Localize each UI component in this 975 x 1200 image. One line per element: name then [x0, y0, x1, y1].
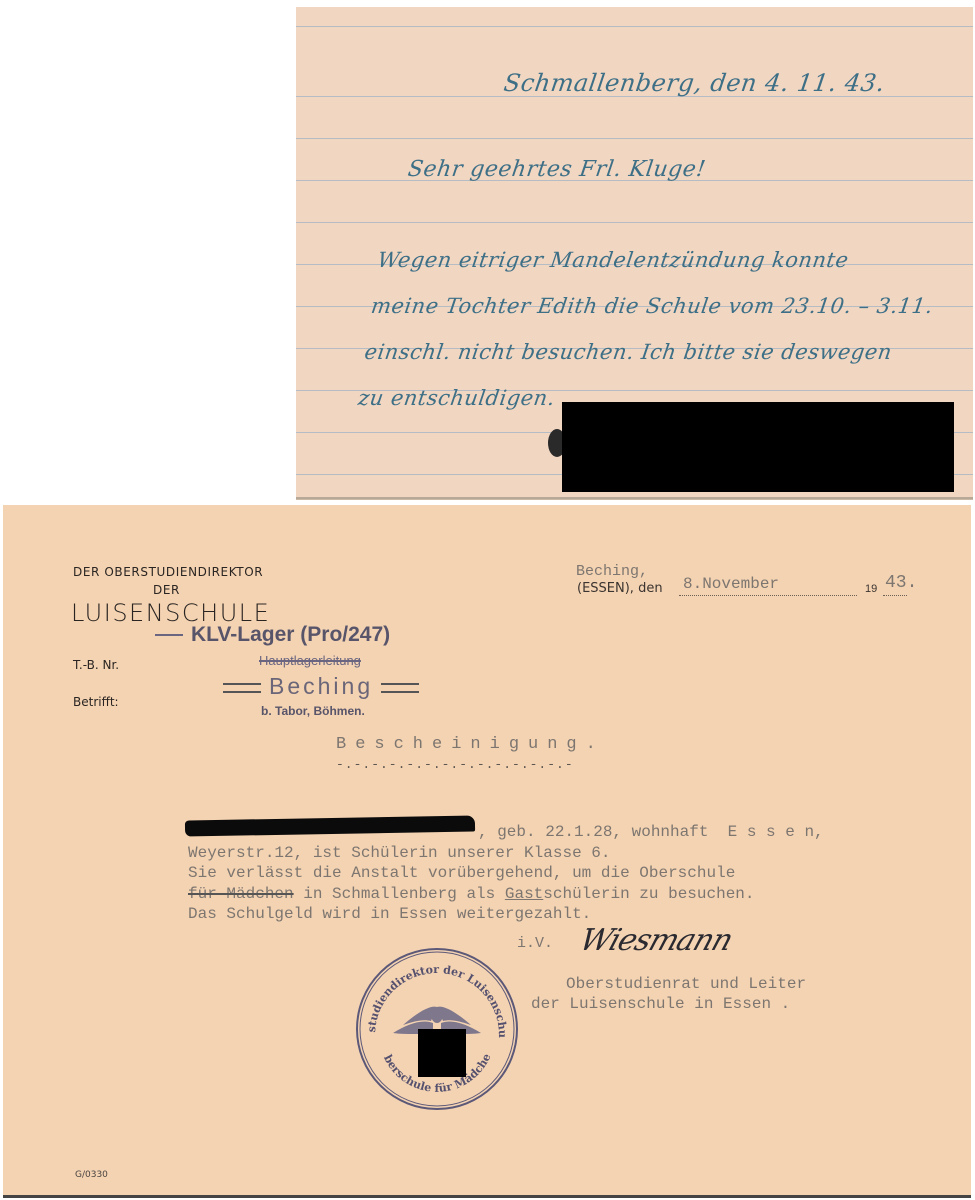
stamp-place-text: Beching: [269, 673, 373, 699]
letterhead-line1: DER OBERSTUDIENDIREKTOR: [73, 565, 263, 579]
body-line1-text: , geb. 22.1.28, wohnhaft E s s e n,: [478, 823, 824, 841]
klv-stamp: KLV-Lager (Pro/247): [155, 623, 390, 647]
subject-label: Betrifft:: [73, 695, 119, 709]
year-value: 43.: [885, 573, 917, 593]
double-dash: [223, 683, 261, 693]
body-text-segment: in Schmallenberg als: [294, 885, 505, 903]
note-line: Wegen eitriger Mandelentzündung konnte: [374, 237, 942, 283]
redacted-seal-center: [418, 1029, 466, 1077]
note-place-date: Schmallenberg, den 4. 11. 43.: [502, 69, 887, 97]
title-underline: -.-.-.-.-.-.-.-.-.-.-.-.-.-: [336, 757, 574, 772]
body-line: für Mädchen in Schmallenberg als Gastsch…: [188, 884, 824, 905]
certificate-document: DER OBERSTUDIENDIREKTOR DER LUISENSCHULE…: [3, 505, 971, 1198]
role-line2: der Luisenschule in Essen .: [531, 995, 790, 1013]
body-text-segment: schülerin zu besuchen.: [543, 885, 754, 903]
role-line1: Oberstudienrat und Leiter: [566, 975, 806, 993]
handwritten-note: Schmallenberg, den 4. 11. 43. Sehr geehr…: [296, 7, 973, 499]
double-dash: [381, 683, 419, 693]
klv-stamp-text: KLV-Lager (Pro/247): [191, 623, 390, 646]
date-dotted-line: [679, 595, 857, 596]
body-line: Weyerstr.12, ist Schülerin unserer Klass…: [188, 843, 824, 864]
note-line: einschl. nicht besuchen. Ich bitte sie d…: [362, 329, 930, 375]
certificate-body: , geb. 22.1.28, wohnhaft E s s e n,Weyer…: [188, 822, 824, 925]
year-dotted-line: [883, 595, 907, 596]
body-line: Sie verlässt die Anstalt vorübergehend, …: [188, 863, 824, 884]
dash-mark: [155, 634, 183, 636]
note-line: meine Tochter Edith die Schule vom 23.10…: [368, 283, 936, 329]
printed-place: (ESSEN), den: [577, 581, 663, 596]
underlined-text: Gast: [505, 885, 543, 903]
struck-text: für Mädchen: [188, 885, 294, 903]
stamp-region: b. Tabor, Böhmen.: [261, 704, 365, 718]
form-number: G/0330: [75, 1170, 108, 1180]
note-greeting: Sehr geehrtes Frl. Kluge!: [406, 157, 707, 182]
redaction-box: [562, 402, 954, 492]
document-title: Bescheinigung.: [336, 735, 605, 754]
signature: Wiesmann: [575, 923, 736, 958]
stamp-place: Beching: [215, 673, 427, 700]
iv-label: i.V.: [517, 935, 553, 952]
stamp-struck-text: Hauptlagerleitung: [259, 653, 361, 668]
typed-place: Beching,: [576, 563, 648, 580]
date-value: 8.November: [683, 575, 779, 593]
note-body: Wegen eitriger Mandelentzündung konnte m…: [355, 237, 943, 421]
letterhead-line2: DER: [153, 583, 180, 597]
body-line: Das Schulgeld wird in Essen weitergezahl…: [188, 904, 824, 925]
tb-number-label: T.-B. Nr.: [73, 658, 119, 672]
century-label: 19: [865, 583, 877, 595]
